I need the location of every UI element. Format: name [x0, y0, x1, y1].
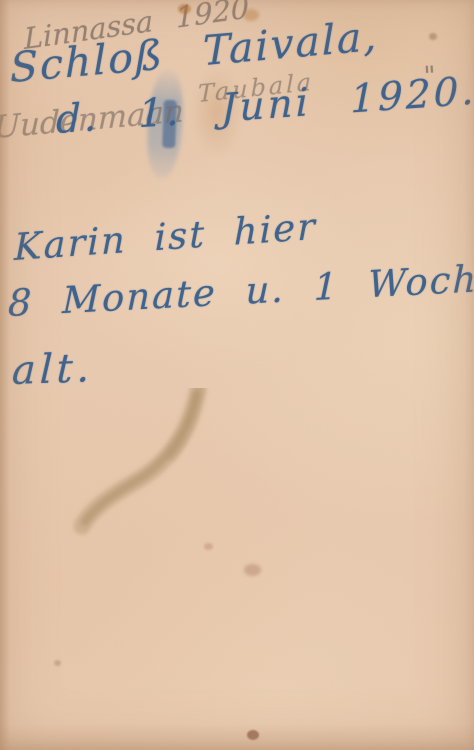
scanned-postcard-back: Linnassa 1920 Uudenmaan Taubala " Schloß…: [0, 0, 474, 750]
scan-vignette: [0, 0, 474, 750]
